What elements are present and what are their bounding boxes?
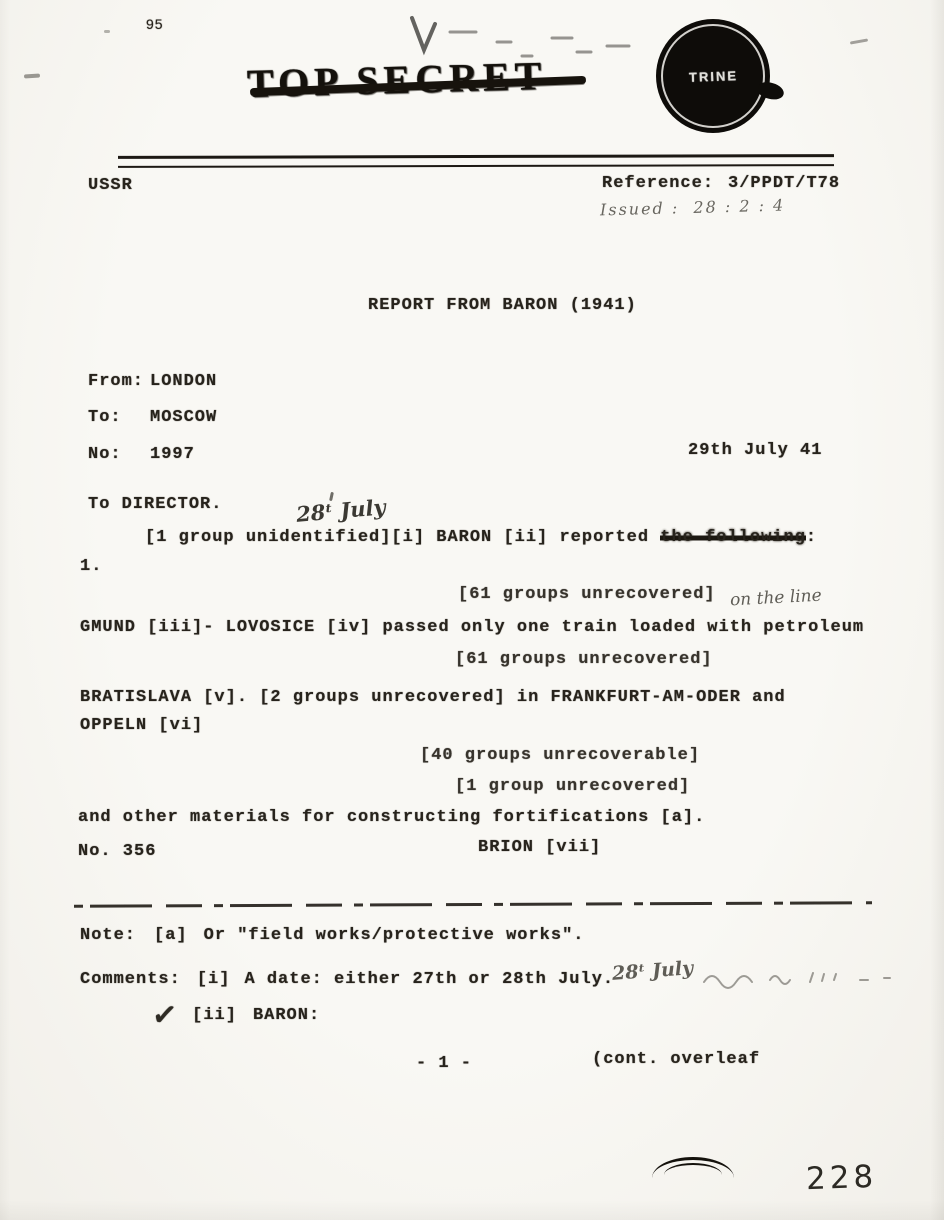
no-value: 1997 (150, 445, 195, 464)
comment-ii-text: BARON: (253, 1006, 320, 1025)
comment-ii-line: ✓[ii]BARON: (152, 1006, 320, 1026)
number-line: No:1997 (88, 445, 195, 465)
checkmark-annotation: ✓ (151, 1005, 179, 1028)
report-line-post: : (806, 528, 817, 547)
unrecoverable-groups-line: [40 groups unrecoverable] (420, 746, 700, 766)
pencil-dot (104, 30, 110, 33)
reference-label: Reference: (602, 174, 714, 193)
page-number-top: 95 (146, 14, 164, 34)
report-line-pre: [1 group unidentified][i] BARON [ii] rep… (145, 528, 660, 547)
no-label: No: (88, 445, 150, 465)
gmund-line: GMUND [iii]- LOVOSICE [iv] passed only o… (80, 618, 864, 638)
oppeln-line: OPPELN [vi] (80, 716, 203, 736)
comments-label: Comments: (80, 970, 181, 989)
reference-line: Reference:3/PPDT/T78 (602, 174, 840, 194)
comment-i-text: A date: either 27th or 28th July. (244, 970, 614, 989)
comments-line: Comments:[i]A date: either 27th or 28th … (80, 970, 614, 990)
item-number: 1. (80, 557, 102, 577)
salutation: To DIRECTOR. (88, 495, 222, 515)
circular-seal-stamp: TRINE (656, 19, 770, 133)
note-ref: [a] (154, 926, 188, 945)
unrecovered-group-line: [1 group unrecovered] (455, 777, 690, 797)
from-line: From:LONDON (88, 372, 217, 392)
to-line: To:MOSCOW (88, 408, 217, 428)
from-label: From: (88, 372, 150, 392)
comment-ii-ref: [ii] (192, 1006, 237, 1025)
bratislava-line: BRATISLAVA [v]. [2 groups unrecovered] i… (80, 688, 786, 708)
unrecovered-groups-line-1: [61 groups unrecovered] (458, 585, 716, 605)
header-double-rule (118, 154, 834, 168)
seal-text: TRINE (688, 68, 737, 85)
margin-note-handwritten: on the line (730, 586, 823, 611)
archive-number-handwritten: 228 (805, 1159, 877, 1197)
inserted-date-handwritten: 28ᵗ July (295, 494, 387, 527)
to-value: MOSCOW (150, 408, 217, 427)
report-line: [1 group unidentified][i] BARON [ii] rep… (145, 528, 817, 548)
to-label: To: (88, 408, 150, 428)
message-number: No. 356 (78, 842, 156, 862)
signature: BRION [vii] (478, 838, 601, 858)
illegible-pencil-scribble (700, 968, 900, 992)
pencil-dash-left (24, 73, 40, 78)
note-label: Note: (80, 926, 136, 945)
report-line-struck-text: the following (660, 528, 806, 547)
document-page: 95 TOP SECRET TRINE USSR Reference:3/PPD… (0, 0, 944, 1220)
materials-line: and other materials for constructing for… (78, 808, 705, 828)
issued-handwritten-note: Issued : 28 : 2 : 4 (600, 196, 786, 220)
reference-value: 3/PPDT/T78 (728, 174, 840, 193)
note-line: Note:[a]Or "field works/protective works… (80, 926, 584, 946)
comment-i-ref: [i] (197, 970, 231, 989)
note-text: Or "field works/protective works". (204, 926, 585, 945)
pencil-dash-right (850, 38, 868, 44)
continuation-note: (cont. overleaf (592, 1050, 760, 1070)
date: 29th July 41 (688, 441, 822, 461)
comment-handwritten-date: 28ᵗ July (611, 957, 694, 985)
from-value: LONDON (150, 372, 217, 391)
document-title: REPORT FROM BARON (1941) (368, 296, 637, 316)
unrecovered-groups-line-2: [61 groups unrecovered] (455, 650, 713, 670)
dashed-separator (74, 901, 872, 907)
country-label: USSR (88, 176, 133, 196)
page-number-footer: - 1 - (416, 1054, 472, 1074)
